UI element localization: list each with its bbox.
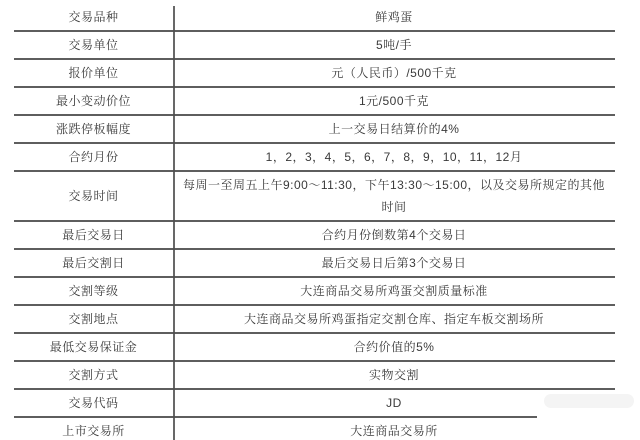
spec-value: 1元/500千克	[173, 88, 615, 116]
spec-label: 最后交易日	[14, 222, 173, 250]
spec-label: 交割等级	[14, 278, 173, 306]
table-row: 最低交易保证金 合约价值的5%	[14, 334, 615, 362]
table-row: 交割等级 大连商品交易所鸡蛋交割质量标准	[14, 278, 615, 306]
spec-label: 交易代码	[14, 390, 173, 418]
spec-label: 报价单位	[14, 60, 173, 88]
spec-label: 交易时间	[14, 172, 173, 222]
table-row: 交易品种 鲜鸡蛋	[14, 4, 615, 32]
spec-value: 大连商品交易所鸡蛋交割质量标准	[173, 278, 615, 306]
spec-value: 元（人民币）/500千克	[173, 60, 615, 88]
page-canvas: 交易品种 鲜鸡蛋 交易单位 5吨/手 报价单位 元（人民币）/500千克 最小变…	[0, 0, 640, 440]
table-row: 交割方式 实物交割	[14, 362, 615, 390]
spec-label: 最小变动价位	[14, 88, 173, 116]
table-row: 交易代码 JD	[14, 390, 615, 418]
spec-value: 最后交易日后第3个交易日	[173, 250, 615, 278]
spec-value: 合约月份倒数第4个交易日	[173, 222, 615, 250]
background-artifact	[544, 394, 634, 408]
spec-label: 交易单位	[14, 32, 173, 60]
spec-value: 1，2，3，4，5，6，7，8，9，10，11，12月	[173, 144, 615, 172]
table-row: 交易时间 每周一至周五上午9:00～11:30，下午13:30～15:00，以及…	[14, 172, 615, 222]
spec-value: 实物交割	[173, 362, 615, 390]
spec-label: 上市交易所	[14, 418, 173, 440]
table-row: 交割地点 大连商品交易所鸡蛋指定交割仓库、指定车板交割场所	[14, 306, 615, 334]
contract-spec-table: 交易品种 鲜鸡蛋 交易单位 5吨/手 报价单位 元（人民币）/500千克 最小变…	[14, 4, 615, 440]
table-row: 涨跌停板幅度 上一交易日结算价的4%	[14, 116, 615, 144]
spec-value: 大连商品交易所	[173, 418, 615, 440]
spec-label: 交割地点	[14, 306, 173, 334]
table-row: 交易单位 5吨/手	[14, 32, 615, 60]
spec-value: 上一交易日结算价的4%	[173, 116, 615, 144]
spec-table-body: 交易品种 鲜鸡蛋 交易单位 5吨/手 报价单位 元（人民币）/500千克 最小变…	[14, 4, 615, 440]
table-row: 最小变动价位 1元/500千克	[14, 88, 615, 116]
spec-label: 合约月份	[14, 144, 173, 172]
column-divider	[173, 6, 175, 440]
spec-value: 5吨/手	[173, 32, 615, 60]
spec-value: 每周一至周五上午9:00～11:30，下午13:30～15:00，以及交易所规定…	[173, 172, 615, 222]
table-row: 合约月份 1，2，3，4，5，6，7，8，9，10，11，12月	[14, 144, 615, 172]
spec-label: 涨跌停板幅度	[14, 116, 173, 144]
spec-value: 鲜鸡蛋	[173, 4, 615, 32]
spec-label: 交易品种	[14, 4, 173, 32]
table-row: 上市交易所 大连商品交易所	[14, 418, 615, 440]
table-row: 最后交易日 合约月份倒数第4个交易日	[14, 222, 615, 250]
spec-value: 合约价值的5%	[173, 334, 615, 362]
spec-value: 大连商品交易所鸡蛋指定交割仓库、指定车板交割场所	[173, 306, 615, 334]
spec-label: 交割方式	[14, 362, 173, 390]
table-row: 最后交割日 最后交易日后第3个交易日	[14, 250, 615, 278]
table-row: 报价单位 元（人民币）/500千克	[14, 60, 615, 88]
spec-label: 最低交易保证金	[14, 334, 173, 362]
spec-label: 最后交割日	[14, 250, 173, 278]
